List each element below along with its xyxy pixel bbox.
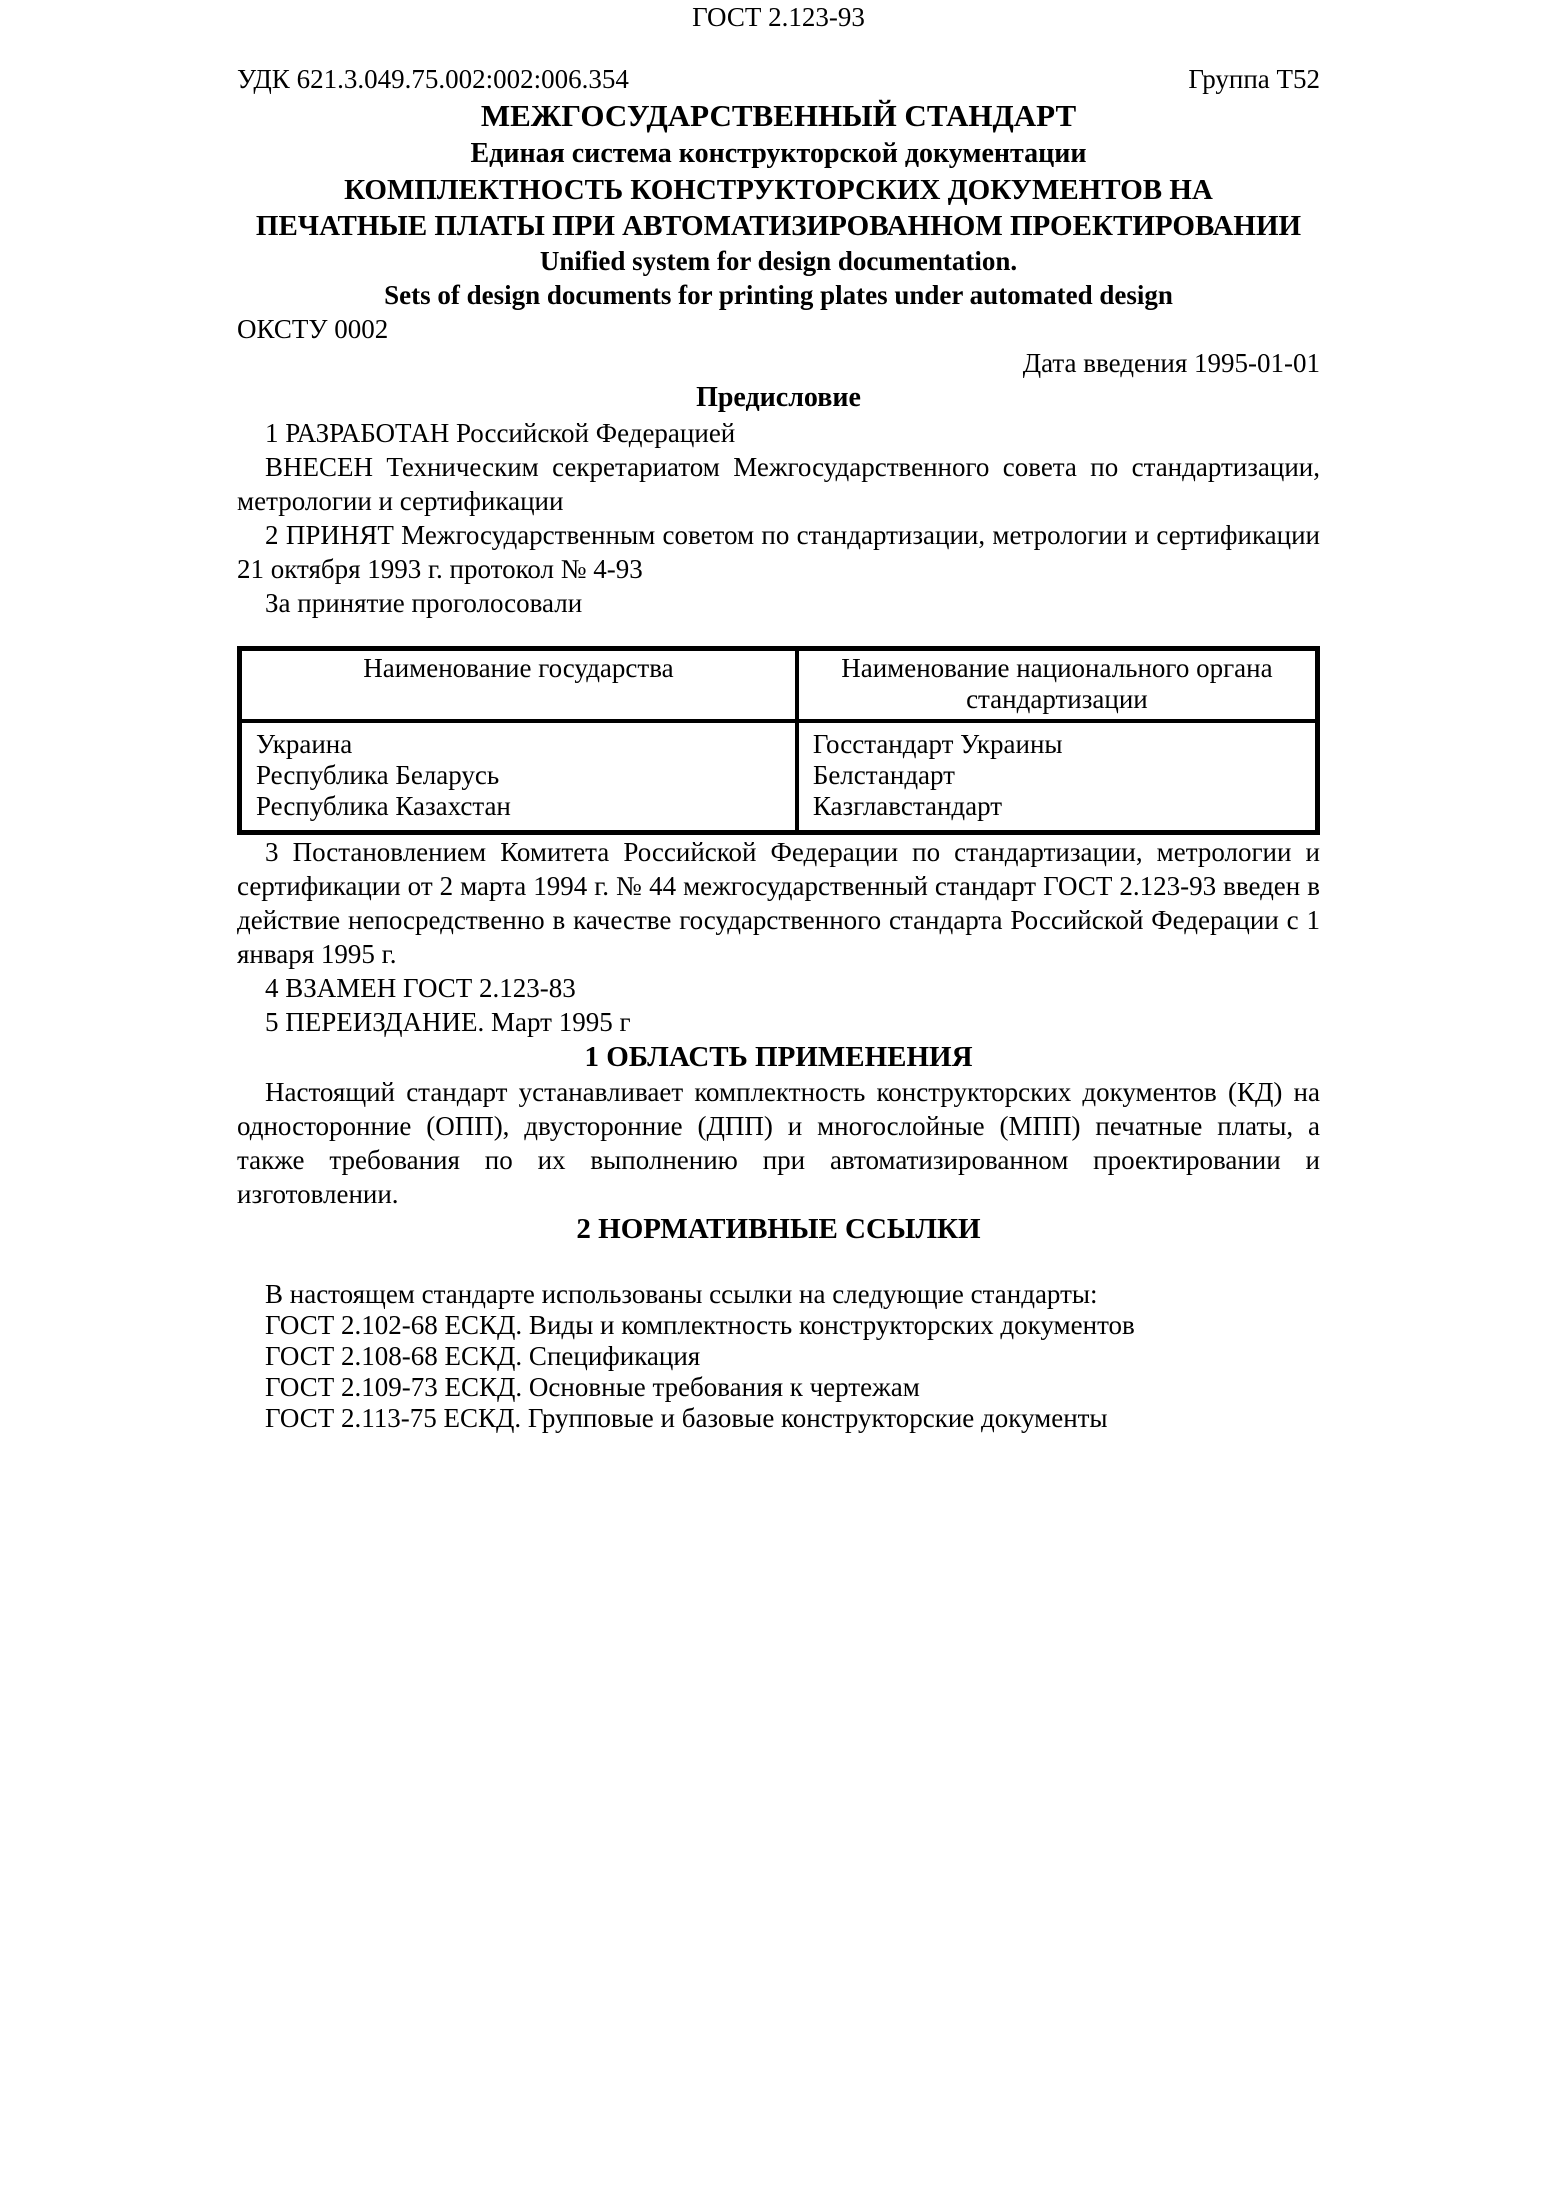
vote-table-header: Наименование государства Наименование на…	[240, 649, 1318, 722]
standard-body-name: Белстандарт	[813, 760, 1301, 791]
vote-table-body: Украина Республика Беларусь Республика К…	[240, 721, 1318, 833]
vote-table-header-state: Наименование государства	[240, 649, 797, 722]
title-line-2: ПЕЧАТНЫЕ ПЛАТЫ ПРИ АВТОМАТИЗИРОВАННОМ ПР…	[256, 210, 1301, 242]
references-intro: В настоящем стандарте использованы ссылк…	[237, 1279, 1320, 1310]
okstu-code: ОКСТУ 0002	[237, 312, 1320, 346]
reference-item: ГОСТ 2.109-73 ЕСКД. Основные требования …	[237, 1372, 1320, 1403]
title-en-line-1: Unified system for design documentation.	[540, 246, 1017, 276]
state-name: Украина	[256, 729, 781, 760]
classification-row: УДК 621.3.049.75.002:002:006.354 Группа …	[237, 62, 1320, 96]
vote-table-body-row: Украина Республика Беларусь Республика К…	[240, 721, 1318, 833]
preface-adopted: 2 ПРИНЯТ Межгосударственным советом по с…	[237, 518, 1320, 586]
group-code: Группа Т52	[1188, 62, 1320, 96]
title-line-1: КОМПЛЕКТНОСТЬ КОНСТРУКТОРСКИХ ДОКУМЕНТОВ…	[344, 174, 1213, 206]
vote-table-states-cell: Украина Республика Беларусь Республика К…	[240, 721, 797, 833]
state-name: Республика Казахстан	[256, 791, 781, 822]
preface-replaces: 4 ВЗАМЕН ГОСТ 2.123-83	[237, 971, 1320, 1005]
title-en-line-2: Sets of design documents for printing pl…	[384, 280, 1173, 310]
reference-item: ГОСТ 2.108-68 ЕСКД. Спецификация	[237, 1341, 1320, 1372]
vote-table-header-body: Наименование национального органа станда…	[797, 649, 1318, 722]
preface-decree: 3 Постановлением Комитета Российской Фед…	[237, 835, 1320, 971]
state-name: Республика Беларусь	[256, 760, 781, 791]
standard-body-name: Госстандарт Украины	[813, 729, 1301, 760]
preface-heading: Предисловие	[237, 380, 1320, 416]
references-block: В настоящем стандарте использованы ссылк…	[237, 1279, 1320, 1434]
vote-intro: За принятие проголосовали	[237, 586, 1320, 620]
vote-table-bodies-cell: Госстандарт Украины Белстандарт Казглавс…	[797, 721, 1318, 833]
standard-body-name: Казглавстандарт	[813, 791, 1301, 822]
document-title-en: Unified system for design documentation.…	[237, 244, 1320, 312]
effective-date: Дата введения 1995-01-01	[237, 346, 1320, 380]
vote-table-header-row: Наименование государства Наименование на…	[240, 649, 1318, 722]
preface-reissue: 5 ПЕРЕИЗДАНИЕ. Март 1995 г	[237, 1005, 1320, 1039]
document-title-ru: КОМПЛЕКТНОСТЬ КОНСТРУКТОРСКИХ ДОКУМЕНТОВ…	[237, 172, 1320, 244]
preface-submitted: ВНЕСЕН Техническим секретариатом Межгосу…	[237, 450, 1320, 518]
system-label: Единая система конструкторской документа…	[237, 136, 1320, 172]
preface-developed: 1 РАЗРАБОТАН Российской Федерацией	[237, 416, 1320, 450]
standard-type-heading: МЕЖГОСУДАРСТВЕННЫЙ СТАНДАРТ	[237, 96, 1320, 136]
standard-number: ГОСТ 2.123-93	[237, 0, 1320, 34]
section-2-heading: 2 НОРМАТИВНЫЕ ССЫЛКИ	[237, 1211, 1320, 1247]
reference-item: ГОСТ 2.113-75 ЕСКД. Групповые и базовые …	[237, 1403, 1320, 1434]
vote-table: Наименование государства Наименование на…	[237, 646, 1320, 835]
udk-code: УДК 621.3.049.75.002:002:006.354	[237, 62, 629, 96]
section-1-paragraph: Настоящий стандарт устанавливает комплек…	[237, 1075, 1320, 1211]
document-page: ГОСТ 2.123-93 УДК 621.3.049.75.002:002:0…	[0, 0, 1554, 2200]
reference-item: ГОСТ 2.102-68 ЕСКД. Виды и комплектность…	[237, 1310, 1320, 1341]
section-1-heading: 1 ОБЛАСТЬ ПРИМЕНЕНИЯ	[237, 1039, 1320, 1075]
